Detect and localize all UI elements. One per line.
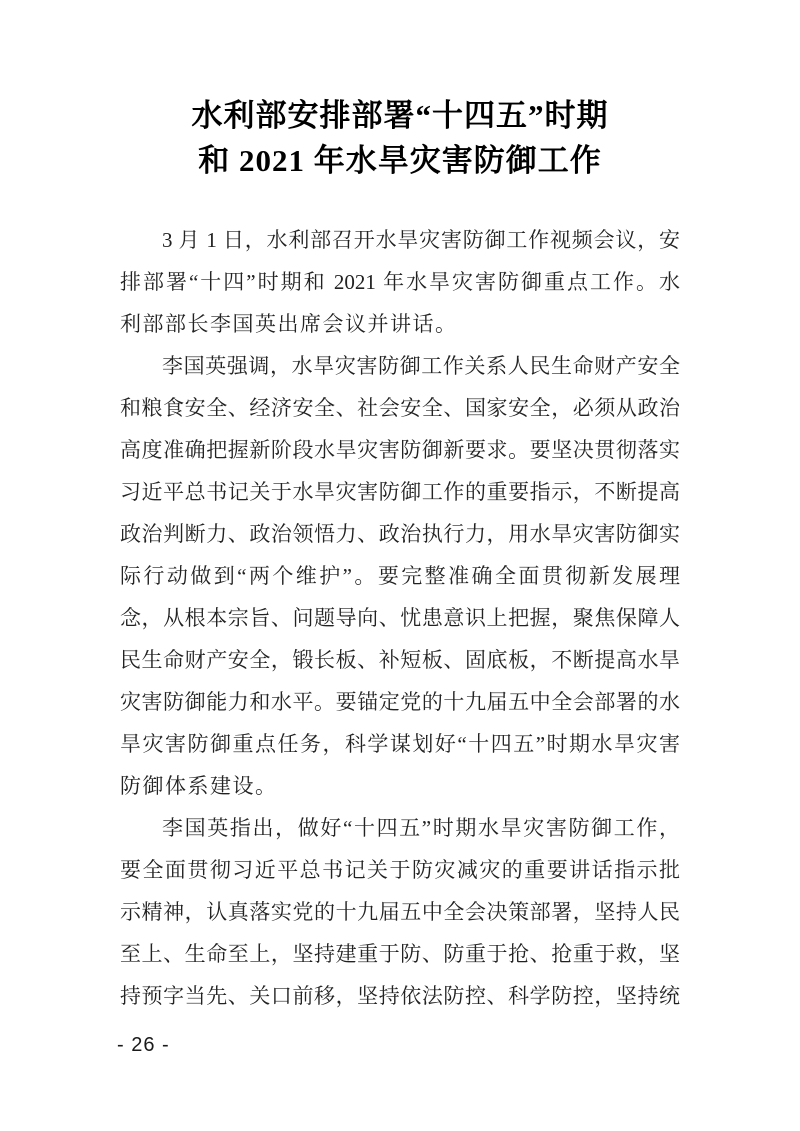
document-page: 水利部安排部署“十四五”时期 和 2021 年水旱灾害防御工作 3 月 1 日，… [0,0,800,1131]
paragraph-line: 民生命财产安全，锻长板、补短板、固底板，不断提高水旱 [120,639,680,681]
paragraph: 李国英强调，水旱灾害防御工作关系人民生命财产安全和粮食安全、经济安全、社会安全、… [120,345,680,807]
paragraph-line: 3 月 1 日，水利部召开水旱灾害防御工作视频会议，安 [120,219,680,261]
paragraph-line: 持预字当先、关口前移，坚持依法防控、科学防控，坚持统 [120,975,680,1017]
paragraph-line: 防御体系建设。 [120,765,680,807]
title-line-1: 水利部安排部署“十四五”时期 [0,93,800,138]
paragraph-line: 旱灾害防御重点任务，科学谋划好“十四五”时期水旱灾害 [120,723,680,765]
paragraph-line: 习近平总书记关于水旱灾害防御工作的重要指示，不断提高 [120,471,680,513]
document-body: 3 月 1 日，水利部召开水旱灾害防御工作视频会议，安排部署“十四”时期和 20… [120,219,680,1017]
paragraph-line: 和粮食安全、经济安全、社会安全、国家安全，必须从政治 [120,387,680,429]
paragraph-line: 利部部长李国英出席会议并讲话。 [120,303,680,345]
document-title: 水利部安排部署“十四五”时期 和 2021 年水旱灾害防御工作 [0,93,800,183]
paragraph-line: 示精神，认真落实党的十九届五中全会决策部署，坚持人民 [120,891,680,933]
paragraph-line: 李国英强调，水旱灾害防御工作关系人民生命财产安全 [120,345,680,387]
paragraph: 3 月 1 日，水利部召开水旱灾害防御工作视频会议，安排部署“十四”时期和 20… [120,219,680,345]
paragraph-line: 至上、生命至上，坚持建重于防、防重于抢、抢重于救，坚 [120,933,680,975]
paragraph-line: 念，从根本宗旨、问题导向、忧患意识上把握，聚焦保障人 [120,597,680,639]
paragraph-line: 高度准确把握新阶段水旱灾害防御新要求。要坚决贯彻落实 [120,429,680,471]
paragraph-line: 政治判断力、政治领悟力、政治执行力，用水旱灾害防御实 [120,513,680,555]
paragraph-line: 李国英指出，做好“十四五”时期水旱灾害防御工作， [120,807,680,849]
paragraph-line: 际行动做到“两个维护”。要完整准确全面贯彻新发展理 [120,555,680,597]
paragraph-line: 要全面贯彻习近平总书记关于防灾减灾的重要讲话指示批 [120,849,680,891]
page-number: - 26 - [117,1032,170,1058]
paragraph-line: 灾害防御能力和水平。要锚定党的十九届五中全会部署的水 [120,681,680,723]
paragraph: 李国英指出，做好“十四五”时期水旱灾害防御工作，要全面贯彻习近平总书记关于防灾减… [120,807,680,1017]
title-line-2: 和 2021 年水旱灾害防御工作 [0,138,800,183]
paragraph-line: 排部署“十四”时期和 2021 年水旱灾害防御重点工作。水 [120,261,680,303]
